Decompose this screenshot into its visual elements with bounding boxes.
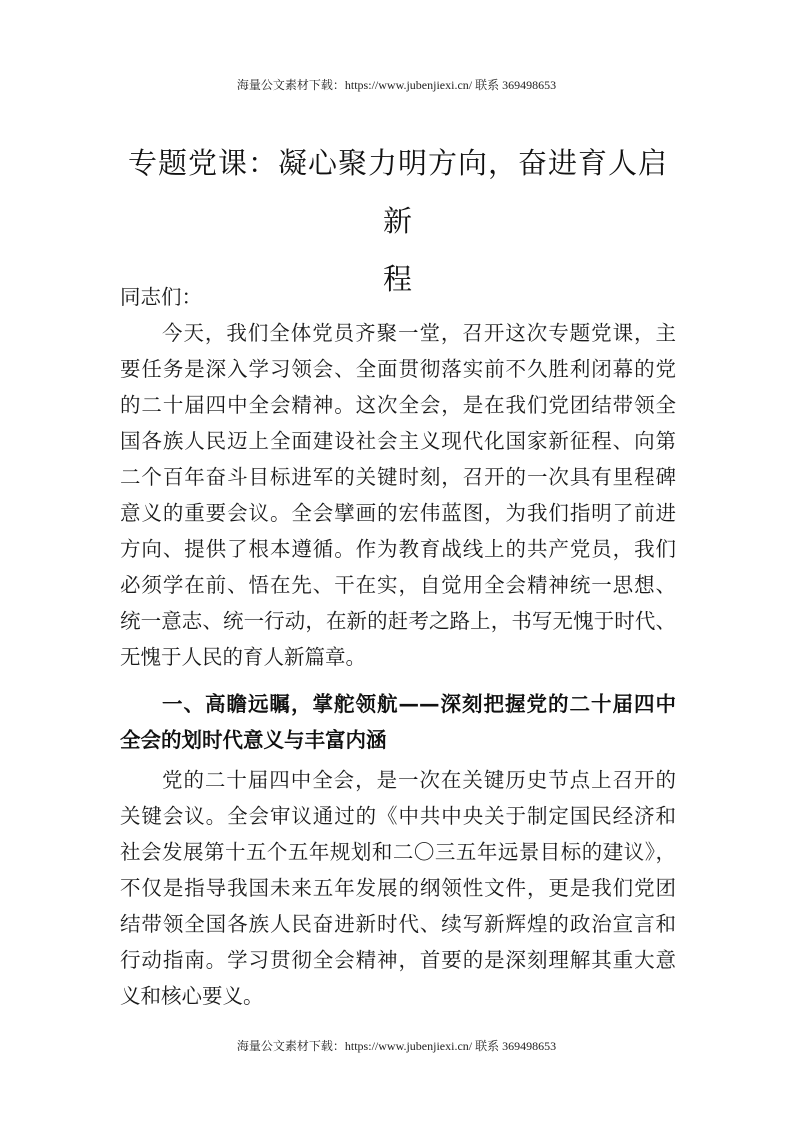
paragraph-line: 必须学在前、悟在先、干在实，自觉用全会精神统一思想、 xyxy=(120,567,676,603)
paragraph-line: 不仅是指导我国未来五年发展的纲领性文件，更是我们党团 xyxy=(120,870,676,906)
paragraph-line: 意义的重要会议。全会擘画的宏伟蓝图，为我们指明了前进 xyxy=(120,495,676,531)
paragraph-line: 统一意志、统一行动，在新的赶考之路上，书写无愧于时代、 xyxy=(120,603,676,639)
salutation: 同志们： xyxy=(120,279,676,315)
paragraph-line: 行动指南。学习贯彻全会精神，首要的是深刻理解其重大意 xyxy=(120,942,676,978)
paragraph-line: 国各族人民迈上全面建设社会主义现代化国家新征程、向第 xyxy=(120,423,676,459)
paragraph-line: 党的二十届四中全会，是一次在关键历史节点上召开的 xyxy=(162,762,676,798)
paragraph-line: 的二十届四中全会精神。这次全会，是在我们党团结带领全 xyxy=(120,387,676,423)
paragraph-line: 社会发展第十五个五年规划和二〇三五年远景目标的建议》， xyxy=(120,834,676,870)
page-footer: 海量公文素材下载：https://www.jubenjiexi.cn/ 联系 3… xyxy=(0,1037,793,1054)
paragraph-line: 结带领全国各族人民奋进新时代、续写新辉煌的政治宣言和 xyxy=(120,906,676,942)
page-header: 海量公文素材下载：https://www.jubenjiexi.cn/ 联系 3… xyxy=(0,76,793,93)
heading-line: 一、高瞻远瞩，掌舵领航——深刻把握党的二十届四中 xyxy=(162,686,676,722)
paragraph-line: 义和核心要义。 xyxy=(120,978,676,1014)
paragraph-line: 方向、提供了根本遵循。作为教育战线上的共产党员，我们 xyxy=(120,531,676,567)
paragraph-line: 二个百年奋斗目标进军的关键时刻，召开的一次具有里程碑 xyxy=(120,459,676,495)
paragraph-line: 今天，我们全体党员齐聚一堂，召开这次专题党课，主 xyxy=(162,315,676,351)
paragraph-line: 无愧于人民的育人新篇章。 xyxy=(120,639,676,675)
paragraph-line: 关键会议。全会审议通过的《中共中央关于制定国民经济和 xyxy=(120,798,676,834)
heading-line: 全会的划时代意义与丰富内涵 xyxy=(120,722,676,758)
paragraph-line: 要任务是深入学习领会、全面贯彻落实前不久胜利闭幕的党 xyxy=(120,351,676,387)
title-line-1: 专题党课：凝心聚力明方向，奋进育人启新 xyxy=(118,134,678,250)
